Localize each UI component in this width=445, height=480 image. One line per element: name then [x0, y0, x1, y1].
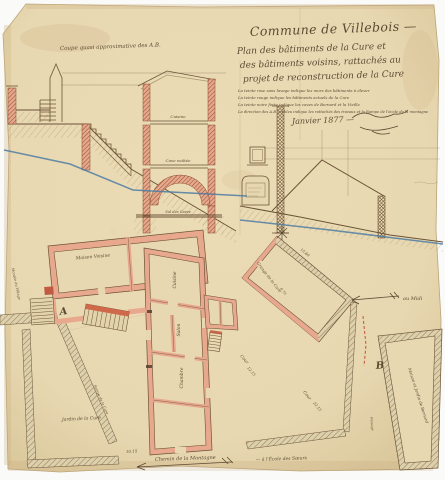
door-gap: [110, 227, 118, 236]
pedestal-monument: [242, 176, 269, 205]
room-label-2: Salon: [176, 323, 182, 336]
ground-label: Sol des Caves: [165, 210, 190, 214]
building-cure: Cuisine Salon Chambre: [144, 248, 213, 455]
red-landing: [44, 286, 54, 295]
legend-line-1: La teinte rose sans lavage indique les m…: [237, 88, 371, 93]
legend-line-2: La teinte rouge indique les bâtiments ac…: [237, 95, 350, 100]
scanned-plan-page: Commune de Villebois — Plan des bâtiment…: [0, 0, 445, 480]
south-direction-label: au Midi: [403, 296, 423, 302]
reference-point-a: A: [58, 306, 68, 318]
legend-line-4: La direction des A.B. en bleu indique le…: [237, 110, 429, 114]
paper-edge-shadow-top: [26, 4, 434, 9]
paper-stain: [402, 30, 438, 110]
reference-point-b: B: [374, 360, 384, 372]
room-label-1: Cuisine: [172, 271, 178, 288]
compass-rose-icon: [275, 226, 289, 240]
dimension-10-15: 10.15: [126, 448, 138, 454]
legend-line-3: La teinte noire forte indique les caves …: [237, 102, 361, 107]
door-gap: [98, 286, 106, 296]
floor2-label: Cave voûtée: [166, 158, 192, 163]
plan-drawing: Commune de Villebois — Plan des bâtiment…: [0, 0, 445, 480]
room-label-3: Chambre: [179, 367, 185, 388]
floor1-label: Cuisine: [170, 114, 186, 119]
lattice-post: [378, 196, 385, 238]
